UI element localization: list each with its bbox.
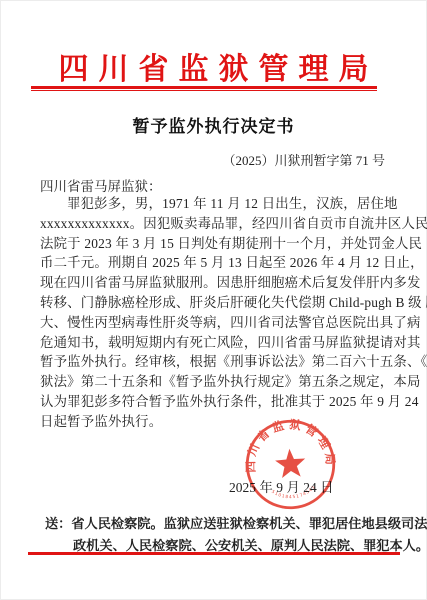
addressee-line: 四川省雷马屏监狱： [40,175,162,195]
distribution-list: 送：省人民检察院。监狱应送驻狱检察机关、罪犯居住地县级司法行政机关、人民检察院、… [45,513,405,557]
body-line: 暂予监外执行。经审核，根据《刑事诉讼法》第二百六十五条、《监 [40,352,396,372]
body-line: 罪犯彭多，男，1971 年 11 月 12 日出生，汉族，居住地 [40,194,396,214]
body-line: 狱法》第二十五条和《暂予监外执行规定》第五条之规定，本局 [40,372,396,392]
seal-serial-number: 5101845174543 [270,484,318,502]
seal-graphic: 四川省监狱管理局 5101845174543 [241,415,340,514]
letterhead-divider-thin-line [31,90,377,91]
body-line: 认为罪犯彭多符合暂予监外执行条件，批准其于 2025 年 9 月 24 [40,392,396,412]
official-seal-stamp: 四川省监狱管理局 5101845174543 [241,415,340,514]
footer-divider [28,552,400,555]
body-line: xxxxxxxxxxxxx。因犯贩卖毒品罪，经四川省自贡市自流井区人民 [40,214,396,234]
decision-document-page: 四川省监狱管理局 暂予监外执行决定书 （2025）川狱刑暂字第 71 号 四川省… [0,0,427,600]
body-line: 法院于 2023 年 3 月 15 日判处有期徒刑十一个月，并处罚金人民 [40,234,396,254]
document-title: 暂予监外执行决定书 [0,112,427,137]
body-line: 币二千元。刑期自 2025 年 5 月 13 日起至 2026 年 4 月 12… [40,253,396,273]
seal-star-icon [274,448,306,479]
body-line: 日起暂予监外执行。 [40,412,396,432]
svg-text:5101845174543: 5101845174543 [270,484,318,502]
body-line: 大、慢性丙型病毒性肝炎等病，四川省司法警官总医院出具了病 [40,313,396,333]
distribution-line: 送：省人民检察院。监狱应送驻狱检察机关、罪犯居住地县级司法行 [45,513,405,535]
letterhead-divider [31,86,377,91]
body-line: 转移、门静脉癌栓形成、肝炎后肝硬化失代偿期 Child-pugh B 级 脾 [40,293,396,313]
body-line: 现在四川省雷马屏监狱服刑。因患肝细胞癌术后复发伴肝内多发 [40,273,396,293]
letterhead-org-name: 四川省监狱管理局 [0,44,427,88]
body-paragraph: 罪犯彭多，男，1971 年 11 月 12 日出生，汉族，居住地xxxxxxxx… [40,194,396,432]
body-line: 危通知书，载明短期内有死亡风险，四川省雷马屏监狱提请对其 [40,333,396,353]
document-number: （2025）川狱刑暂字第 71 号 [0,150,385,169]
